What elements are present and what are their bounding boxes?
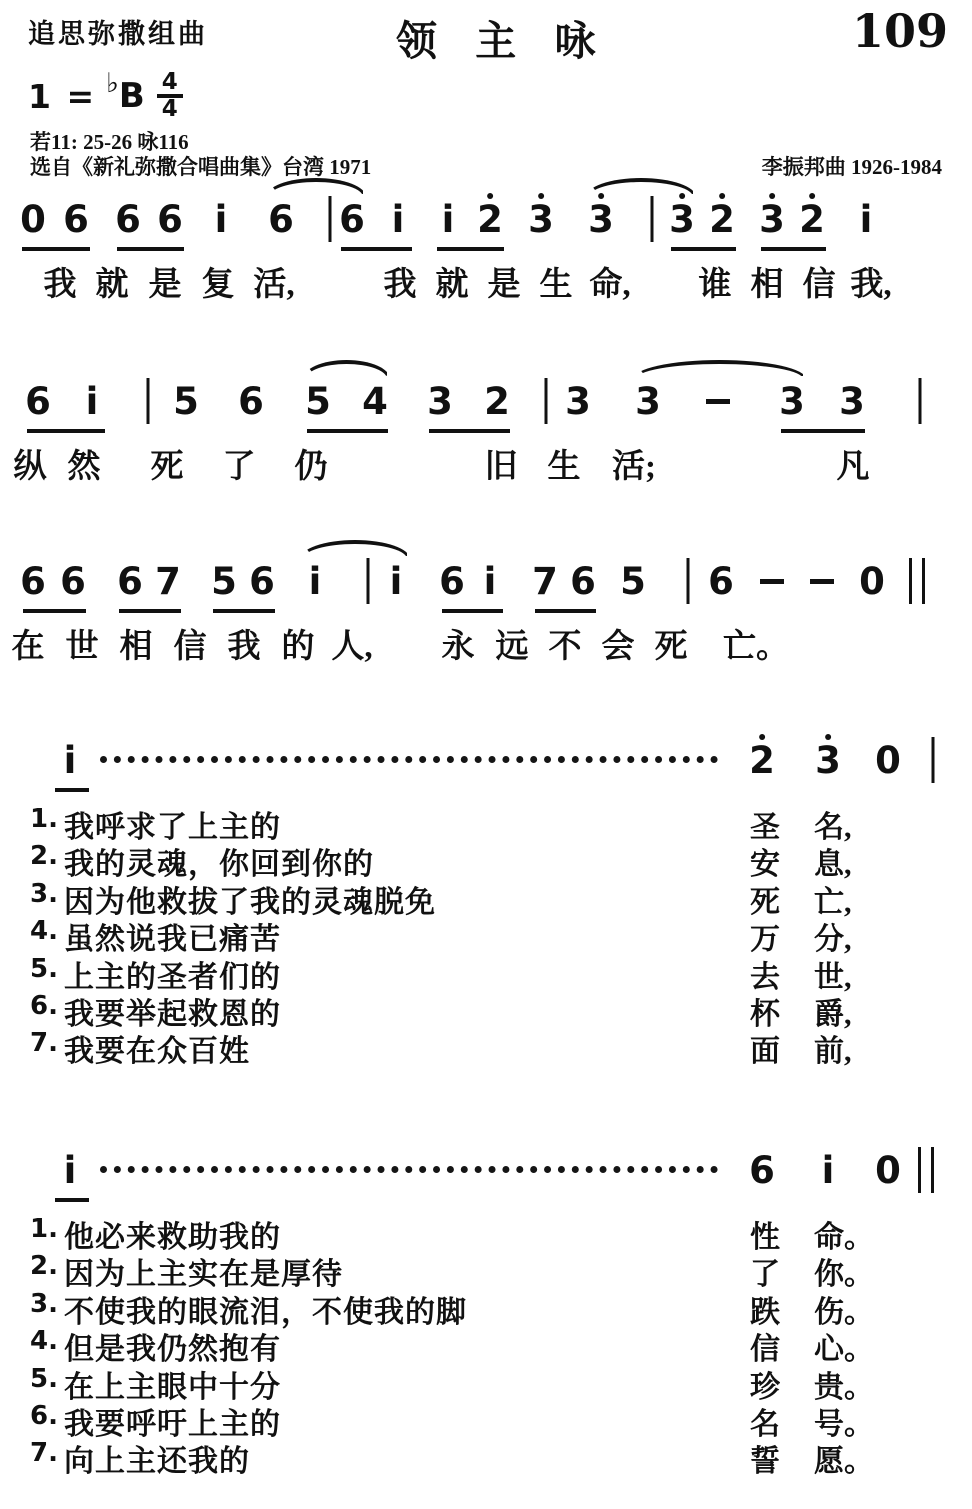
verse-ending-second: 前, — [814, 1026, 852, 1070]
lyric-syllable: 我 — [228, 620, 261, 667]
note-6: 6 — [60, 562, 86, 602]
verse-row: 7.我要在众百姓面前, — [0, 1026, 972, 1063]
lyric-syllable: 死 — [655, 620, 688, 667]
eighth-beam — [429, 429, 510, 433]
octave-dot-icon — [538, 193, 544, 199]
lyric-syllable: 然 — [68, 440, 101, 487]
note-3: 3 — [759, 200, 785, 240]
verse-row: 4.虽然说我已痛苦万分, — [0, 914, 972, 951]
lyric-syllable: 谁 — [699, 258, 732, 305]
page-number: 109 — [852, 4, 948, 58]
refrain-lead-note: i — [64, 1151, 77, 1191]
lyric-syllable: 我 — [384, 258, 417, 305]
lyric-syllable: 相 — [751, 258, 784, 305]
note-6: 6 — [20, 562, 46, 602]
note-i: i — [390, 562, 403, 602]
slur-arc — [633, 360, 806, 379]
verse-row: 6.我要举起救恩的杯爵, — [0, 989, 972, 1026]
verse-number: 4. — [30, 916, 58, 946]
time-denominator: 4 — [162, 99, 178, 120]
note-6: 6 — [238, 382, 264, 422]
sheet-music-page: 追思弥撒组曲 领 主 咏 109 1 = ♭ B 4 4 若11: 25-26 … — [0, 0, 972, 1509]
octave-dot-icon — [825, 734, 831, 740]
verse-number: 5. — [30, 954, 58, 984]
slur-arc — [300, 540, 410, 559]
note-6: 6 — [708, 562, 734, 602]
composer-credit: 李振邦曲 1926-1984 — [762, 151, 942, 181]
note-6: 6 — [339, 200, 365, 240]
note-3: 3 — [669, 200, 695, 240]
note-6: 6 — [268, 200, 294, 240]
note-2: 2 — [749, 741, 775, 781]
note-3: 3 — [528, 200, 554, 240]
note-6: 6 — [117, 562, 143, 602]
barline — [367, 558, 370, 604]
lyric-syllable: 了 — [223, 440, 256, 487]
tonic-label: 1 = — [28, 77, 96, 116]
final-barline — [909, 558, 925, 604]
key-signature: 1 = ♭ B 4 4 — [28, 72, 183, 120]
music-line-1: 0666i66ii2333232i我就是复活,我就是生命,谁相信我, — [0, 200, 972, 315]
note-3: 3 — [565, 382, 591, 422]
slur-arc — [303, 360, 390, 379]
octave-dot-icon — [759, 734, 765, 740]
refrain-lead-note: i — [64, 741, 77, 781]
note-3: 3 — [815, 741, 841, 781]
refrain-line-1: i230 — [0, 741, 972, 801]
lyric-syllable: 旧 — [485, 440, 518, 487]
note-7: 7 — [532, 562, 558, 602]
lyric-syllable: 远 — [496, 620, 529, 667]
verse-ending-first: 誓 — [750, 1436, 780, 1480]
lyric-syllable: 信 — [803, 258, 836, 305]
barline — [932, 737, 935, 783]
dotted-leader — [100, 756, 718, 763]
note-i: i — [215, 200, 228, 240]
verse-ending-first: 面 — [750, 1026, 780, 1070]
dotted-leader — [100, 1166, 718, 1173]
verse-number: 5. — [30, 1364, 58, 1394]
verse-number: 7. — [30, 1028, 58, 1058]
barline — [919, 378, 922, 424]
lyric-syllable: 相 — [120, 620, 153, 667]
octave-dot-icon — [719, 193, 725, 199]
verse-row: 2.因为上主实在是厚待了你。 — [0, 1249, 972, 1286]
verse-number: 1. — [30, 804, 58, 834]
lyric-syllable: 就 — [96, 258, 129, 305]
flat-icon: ♭ — [106, 68, 119, 99]
lead-underline — [55, 788, 89, 792]
eighth-beam — [437, 247, 504, 251]
eighth-beam — [213, 609, 275, 613]
verse-number: 7. — [30, 1438, 58, 1468]
barline — [545, 378, 548, 424]
note-2: 2 — [484, 382, 510, 422]
note-6: 6 — [115, 200, 141, 240]
duration-dash — [760, 579, 784, 584]
lyric-syllable: 是 — [149, 258, 182, 305]
note-7: 7 — [155, 562, 181, 602]
note-6: 6 — [749, 1151, 775, 1191]
note-3: 3 — [839, 382, 865, 422]
final-barline — [918, 1147, 934, 1193]
lyric-syllable: 亡。 — [723, 620, 789, 667]
verse-number: 6. — [30, 1401, 58, 1431]
lyric-syllable: 生 — [548, 440, 581, 487]
verse-text: 向上主还我的 — [64, 1436, 250, 1480]
note-5: 5 — [620, 562, 646, 602]
source-attribution: 选自《新礼弥撒合唱曲集》台湾 1971 — [30, 151, 371, 181]
lyric-syllable: 就 — [436, 258, 469, 305]
verse-number: 3. — [30, 1289, 58, 1319]
note-6: 6 — [570, 562, 596, 602]
note-5: 5 — [211, 562, 237, 602]
eighth-beam — [307, 429, 388, 433]
note-2: 2 — [709, 200, 735, 240]
note-6: 6 — [63, 200, 89, 240]
duration-dash — [810, 579, 834, 584]
note-6: 6 — [249, 562, 275, 602]
lyric-syllable: 生 — [540, 258, 573, 305]
eighth-beam — [119, 609, 181, 613]
note-3: 3 — [588, 200, 614, 240]
note-0: 0 — [875, 1151, 901, 1191]
note-0: 0 — [875, 741, 901, 781]
verse-row: 5.在上主眼中十分珍贵。 — [0, 1362, 972, 1399]
verse-number: 6. — [30, 991, 58, 1021]
lyric-syllable: 是 — [488, 258, 521, 305]
note-5: 5 — [305, 382, 331, 422]
note-5: 5 — [173, 382, 199, 422]
lyric-syllable: 活, — [253, 258, 294, 305]
lyric-syllable: 人, — [331, 620, 372, 667]
verse-number: 2. — [30, 841, 58, 871]
lyric-syllable: 凡 — [837, 440, 870, 487]
verse-row: 1.他必来救助我的性命。 — [0, 1212, 972, 1249]
barline — [329, 196, 332, 242]
barline — [687, 558, 690, 604]
note-3: 3 — [635, 382, 661, 422]
note-i: i — [484, 562, 497, 602]
lyric-syllable: 永 — [442, 620, 475, 667]
verse-row: 6.我要呼吁上主的名号。 — [0, 1399, 972, 1436]
note-0: 0 — [20, 200, 46, 240]
verse-text: 我要在众百姓 — [64, 1026, 250, 1070]
note-i: i — [822, 1151, 835, 1191]
note-i: i — [86, 382, 99, 422]
eighth-beam — [117, 247, 184, 251]
octave-dot-icon — [769, 193, 775, 199]
verse-row: 2.我的灵魂，你回到你的安息, — [0, 839, 972, 876]
verse-number: 4. — [30, 1326, 58, 1356]
verse-number: 3. — [30, 879, 58, 909]
verse-number: 1. — [30, 1214, 58, 1244]
duration-dash — [706, 399, 730, 404]
verse-row: 5.上主的圣者们的去世, — [0, 952, 972, 989]
lyric-syllable: 信 — [174, 620, 207, 667]
eighth-beam — [671, 247, 736, 251]
barline — [147, 378, 150, 424]
verse-row: 1.我呼求了上主的圣名, — [0, 802, 972, 839]
eighth-beam — [442, 609, 503, 613]
lyric-syllable: 我 — [44, 258, 77, 305]
note-i: i — [309, 562, 322, 602]
page-title: 领 主 咏 — [396, 8, 610, 67]
note-i: i — [392, 200, 405, 240]
eighth-beam — [761, 247, 826, 251]
eighth-beam — [535, 609, 596, 613]
music-line-2: 6i5654323333纵然死了仍旧生活;凡 — [0, 382, 972, 497]
suite-name: 追思弥撒组曲 — [28, 12, 208, 51]
eighth-beam — [22, 247, 90, 251]
note-0: 0 — [859, 562, 885, 602]
refrain-line-2: i6i0 — [0, 1151, 972, 1211]
lyric-syllable: 死 — [151, 440, 184, 487]
lyric-syllable: 在 — [12, 620, 45, 667]
verse-row: 7.向上主还我的誓愿。 — [0, 1436, 972, 1473]
note-6: 6 — [25, 382, 51, 422]
note-3: 3 — [779, 382, 805, 422]
barline — [651, 196, 654, 242]
octave-dot-icon — [487, 193, 493, 199]
octave-dot-icon — [809, 193, 815, 199]
eighth-beam — [341, 247, 412, 251]
lyric-syllable: 我, — [850, 258, 891, 305]
note-i: i — [860, 200, 873, 240]
verse-row: 3.因为他救拔了我的灵魂脱免死亡, — [0, 877, 972, 914]
note-2: 2 — [799, 200, 825, 240]
lyric-syllable: 的 — [282, 620, 315, 667]
note-3: 3 — [427, 382, 453, 422]
music-line-3: 666756ii6i76560在世相信我的人,永远不会死亡。 — [0, 562, 972, 677]
lyric-syllable: 纵 — [14, 440, 47, 487]
eighth-beam — [27, 429, 105, 433]
note-6: 6 — [157, 200, 183, 240]
lead-underline — [55, 1198, 89, 1202]
time-numerator: 4 — [162, 72, 178, 93]
verse-ending-second: 愿。 — [814, 1436, 874, 1480]
lyric-syllable: 仍 — [295, 440, 328, 487]
note-2: 2 — [477, 200, 503, 240]
eighth-beam — [781, 429, 865, 433]
lyric-syllable: 命, — [589, 258, 630, 305]
note-6: 6 — [439, 562, 465, 602]
slur-arc — [586, 178, 696, 197]
lyric-syllable: 世 — [66, 620, 99, 667]
eighth-beam — [23, 609, 86, 613]
verse-number: 2. — [30, 1251, 58, 1281]
verse-row: 3.不使我的眼流泪，不使我的脚跌伤。 — [0, 1287, 972, 1324]
note-4: 4 — [362, 382, 388, 422]
note-i: i — [442, 200, 455, 240]
lyric-syllable: 活; — [612, 440, 656, 487]
verse-row: 4.但是我仍然抱有信心。 — [0, 1324, 972, 1361]
lyric-syllable: 会 — [602, 620, 635, 667]
lyric-syllable: 不 — [549, 620, 582, 667]
time-signature: 4 4 — [157, 72, 183, 120]
lyric-syllable: 复 — [202, 258, 235, 305]
key-letter: B — [119, 76, 145, 116]
